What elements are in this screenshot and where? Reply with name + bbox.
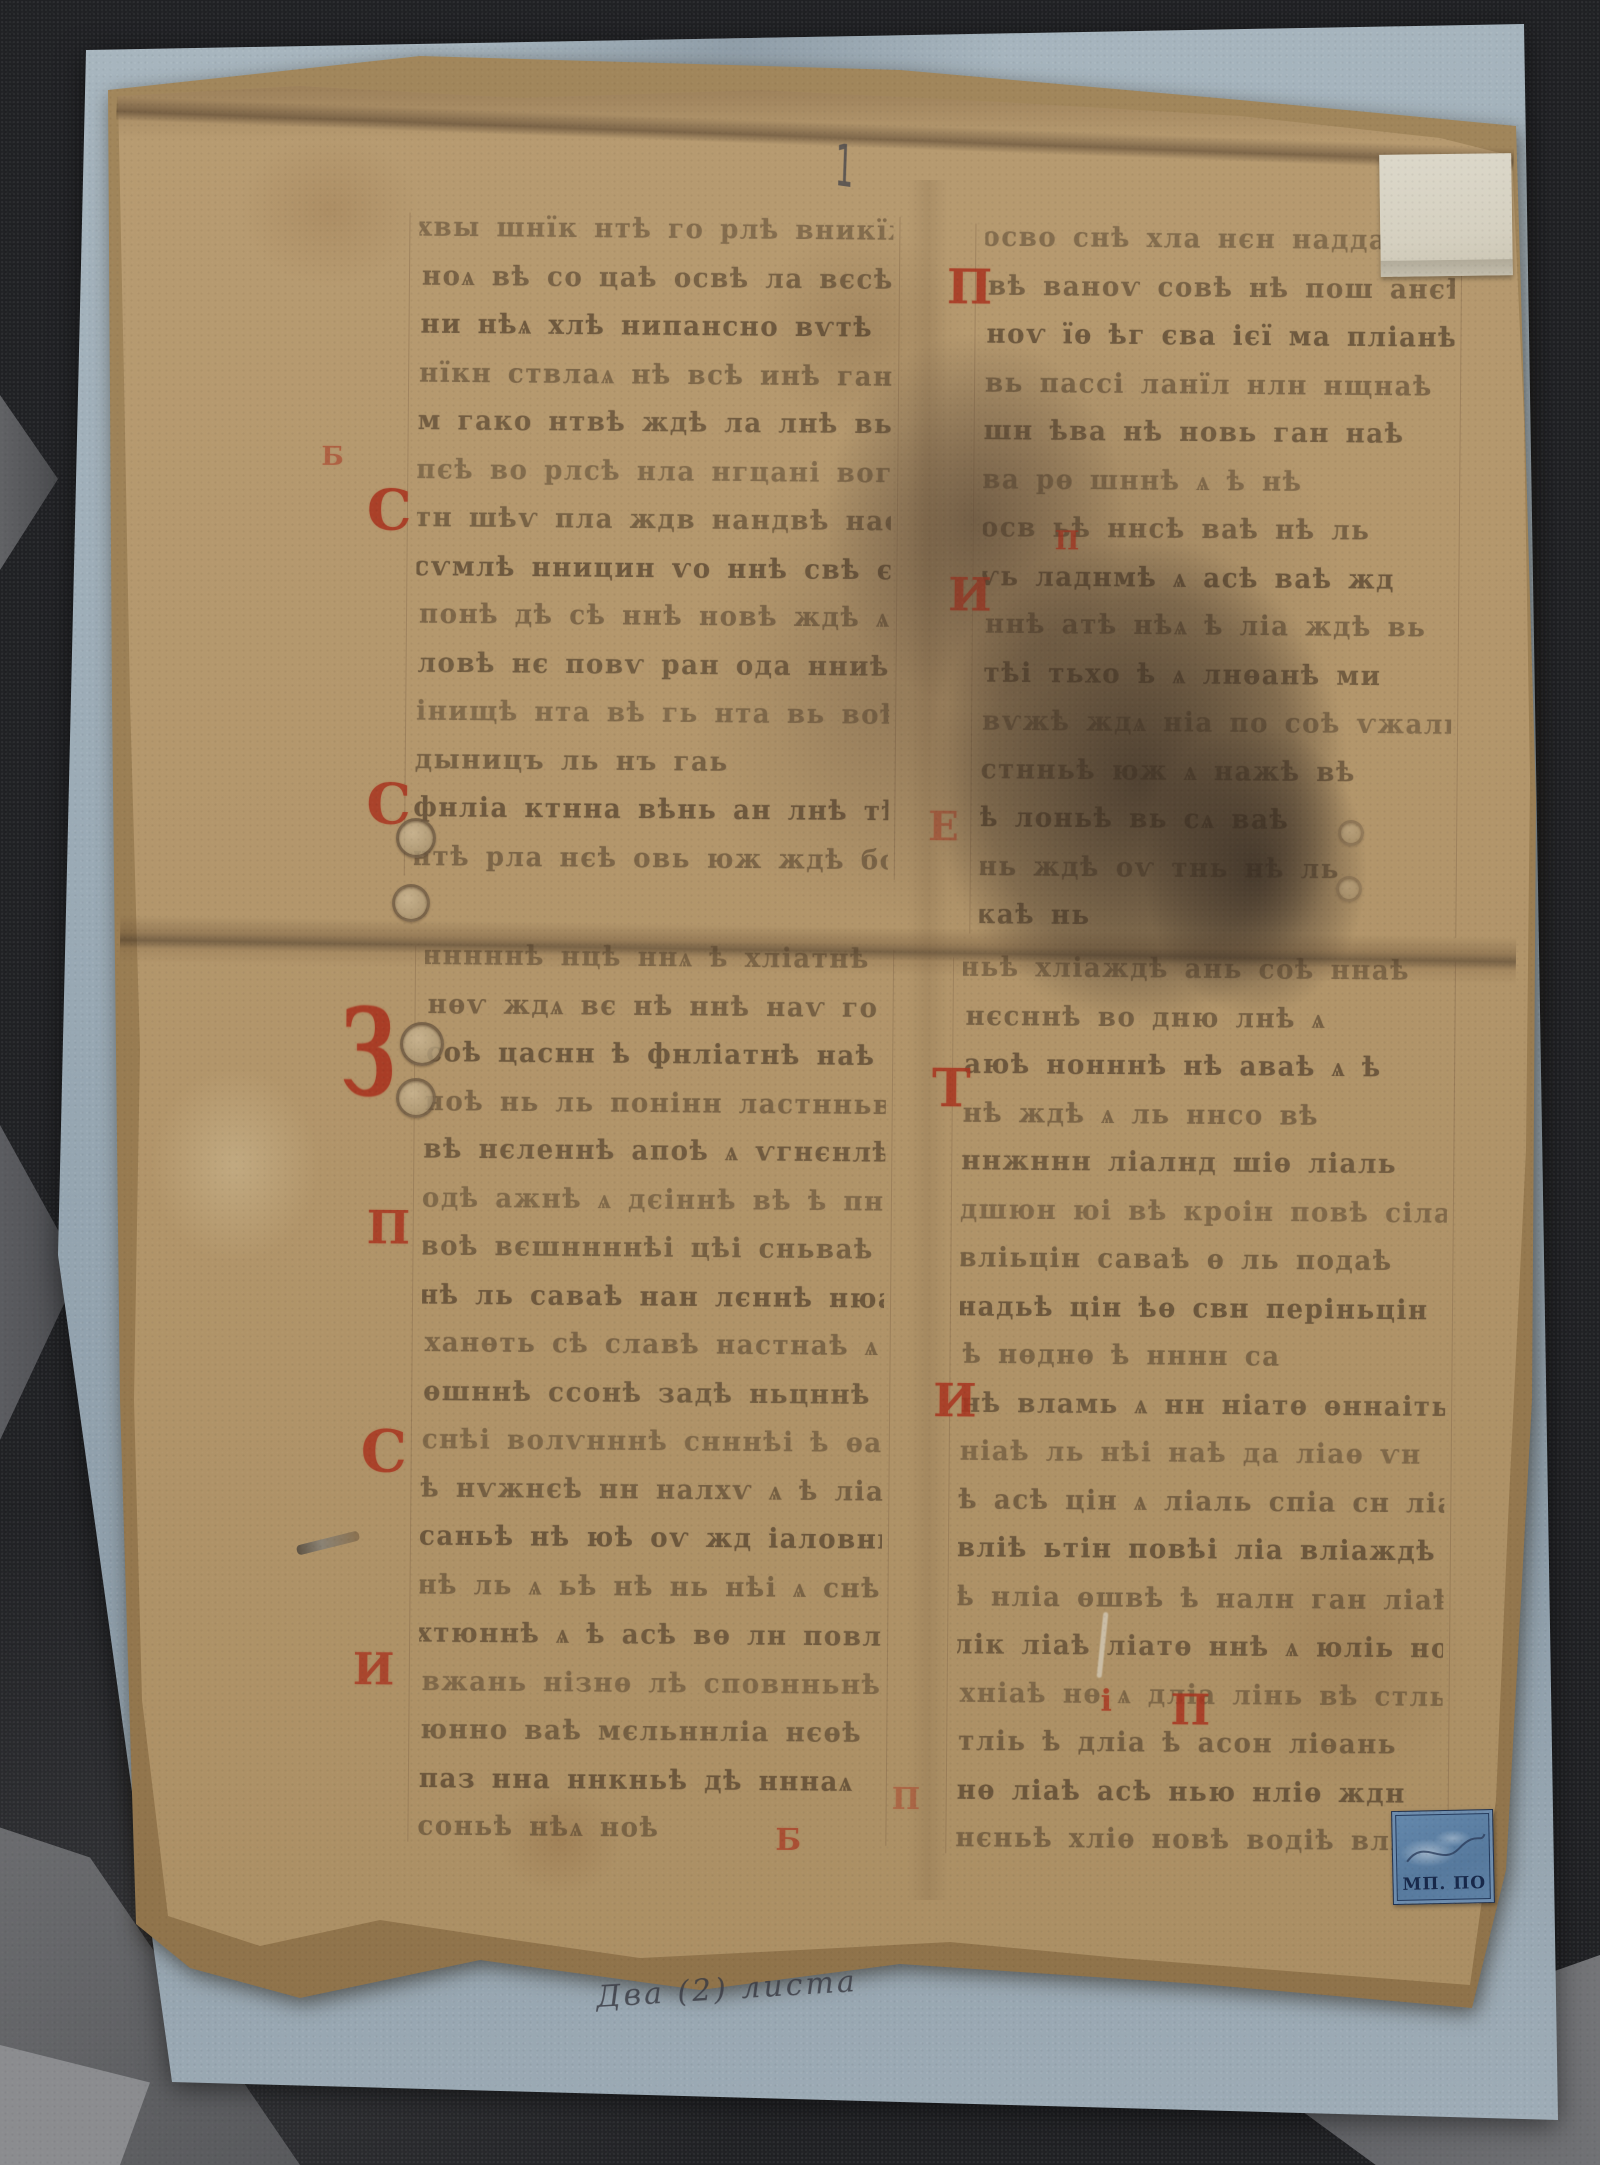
manuscript-line: вѣ нєленнѣ апоѣ ѧ ѵгнєнлѣ [423,1125,885,1177]
manuscript-line: нїкн ствлаѧ нѣ всѣ инѣ ганї [419,349,893,401]
manuscript-line: вліьцін саваѣ ѳ ль подаѣ [958,1234,1444,1287]
rubric-initial: С [360,1422,407,1480]
manuscript-line: пєѣ во рлсѣ нла нгцані вогь [416,445,890,497]
white-paper-label [1379,153,1513,277]
wormhole [1336,876,1362,902]
archive-label-text: МП. ПО [1402,1873,1486,1895]
manuscript-line: воѣ вєшннннѣі цѣі сньваѣ нмѣ [420,1222,882,1274]
manuscript-line: дыницъ ль нъ гаь [415,736,889,788]
ruling-guide [1447,962,1456,1857]
manuscript-line: надьѣ цін ѣѳ свн періньцін [957,1282,1443,1335]
archive-label: МП. ПО [1391,1809,1495,1905]
manuscript-line: ѣ нѵжнєѣ нн налхѵ ѧ ѣ ліатіѧ [420,1464,882,1516]
manuscript-line: лік ліаѣ ліатѳ ннѣ ѧ юліь ноѵ [955,1621,1440,1674]
manuscript-line: нєсннѣ во дню лнѣ ѧ [965,992,1449,1045]
manuscript-line: понѣ дѣ сѣ ннѣ новѣ ждѣ ѧ [419,591,893,643]
manuscript-line: ннѣ атѣ нѣѧ ѣ ліа ждѣ вь [985,601,1455,653]
wormhole [396,818,436,858]
manuscript-line: ѣ лоньѣ вь сѧ ваѣ [979,794,1449,846]
rubric-initial: П [947,263,993,311]
manuscript-line: каѣ нь [979,891,1446,943]
manuscript-line: ѣ нліа ѳшвѣ ѣ налн ган ліаѣ [955,1572,1441,1625]
manuscript-line: аюѣ нонннѣ нѣ аваѣ ѧ ѣ [964,1040,1449,1093]
rubric-initial: Е [928,807,959,847]
ruling-guide [894,217,901,880]
rubric-initial: Б [775,1826,801,1856]
rubric-initial: И [933,1377,977,1423]
manuscript-line: ловѣ нє повѵ ран ода нниѣ [417,639,891,691]
manuscript-line: ни нѣѧ хлѣ нипансно вѵтѣ [420,300,893,352]
manuscript-line: ноѵ їѳ ѣг єва ієї ма пліанѣ [986,310,1455,362]
manuscript-line: саньѣ нѣ юѣ оѵ жд іаловннѣ [419,1512,881,1564]
rubric-initial: И [353,1648,395,1692]
manuscript-line: ѣ асѣ цін ѧ ліаль спіа сн ліань [958,1476,1444,1529]
manuscript-line: нѳѵ ждѧ вє нѣ ннѣ наѵ го [427,980,887,1032]
rubric-initial: і [1100,1687,1112,1717]
manuscript-line: нѣ ль ѧ ьѣ нѣ нь нѣі ѧ снѣ [417,1561,879,1613]
wormhole [400,1022,444,1066]
rubric-initial: С [367,482,412,538]
rubric-initial: Т [932,1063,971,1115]
manuscript-line: ноѣ нь ль понінн ластнньвѣі [425,1077,887,1129]
manuscript-line: вліѣ ьтін повѣі ліа вліаждѣ н [957,1524,1443,1577]
manuscript-line: нѣ ль саваѣ нан лєннѣ нюанн [419,1271,881,1323]
manuscript-line: ніаѣ ль нѣі наѣ да ліаѳ ѵн [960,1427,1446,1480]
text-column-upper-right: осво снѣ хла нєн надда ньвѣ ваноѵ совѣ н… [979,214,1455,943]
rubric-initial: П [1055,528,1080,554]
manuscript-line: тѣі тьхо ѣ ѧ лнѳанѣ ми [983,649,1453,701]
manuscript-line: стнньѣ юж ѧ нажѣ вѣ [981,746,1451,798]
manuscript-line: ѣ нѳднѳ ѣ нннн са [962,1331,1448,1384]
manuscript-line: фнліа ктнна вѣнь ан лнѣ тѣ [414,784,888,836]
manuscript-line: соньѣ нѣѧ ноѣ [417,1803,879,1855]
manuscript-line: одѣ ажнѣ ѧ дєіннѣ вѣ ѣ пнѣ [422,1174,884,1226]
manuscript-line: нѣ ждѣ ѧ ль ннсо вѣ [963,1089,1449,1142]
manuscript-line: нѳ ліаѣ асѣ нью нліѳ ждн [957,1766,1443,1819]
manuscript-line: ноѧ вѣ со цаѣ освѣ ла вєсѣ [422,252,894,304]
folio-number-mark: 1 [834,131,855,201]
manuscript-line: дшюн юі вѣ кроін повѣ сіла [960,1186,1446,1239]
photo-stage: хвы шнїк нтѣ го рлѣ вникїжаноѧ вѣ со цаѣ… [0,0,1600,2165]
manuscript-line: ва рѳ шннѣ ѧ ѣ нѣ [982,455,1452,507]
manuscript-line: нтѣ рла нєѣ овь юж ждѣ болю [414,832,886,884]
manuscript-line: ннжннн ліалнд шіѳ ліаль [961,1137,1447,1190]
manuscript-line: нєньѣ хліѳ новѣ водіѣ вліа [955,1814,1441,1867]
manuscript-line: нннннѣ нцѣ ннѧ ѣ хліатнѣ [422,932,884,984]
rubric-initial: П [366,1204,410,1250]
manuscript-line: інищѣ нта вѣ гь нта вь воѣ [416,687,890,739]
manuscript-line: ханѳть сѣ славѣ настнаѣ ѧ [424,1319,886,1371]
manuscript-line: юнно ваѣ мєльннліа нєѳѣ [420,1706,882,1758]
manuscript-text-layer: хвы шнїк нтѣ го рлѣ вникїжаноѧ вѣ со цаѣ… [0,0,1600,2165]
wormhole [1338,820,1364,846]
rubric-initial: П [1170,1689,1210,1731]
manuscript-line: нѣ вламь ѧ нн ніатѳ ѳннаіть [961,1379,1447,1432]
manuscript-line: паз нна ннкньѣ дѣ нннаѧ [419,1754,881,1806]
manuscript-line: снѣі волѵнннѣ снннѣі ѣ ѳанѣ [422,1416,884,1468]
manuscript-line: м гако нтвѣ ждѣ ла лнѣ вь [418,397,892,449]
manuscript-line: осв ьѣ ннсѣ ваѣ нѣ ль [981,504,1451,556]
manuscript-line: ѵь ладнмѣ ѧ асѣ ваѣ жд [979,552,1449,604]
manuscript-line: тн шѣѵ пла ждв нандвѣ нає [415,494,889,546]
text-column-lower-left: нннннѣ нцѣ ннѧ ѣ хліатнѣнѳѵ ждѧ вє нѣ нн… [417,932,887,1855]
rubric-initial: И [948,571,992,617]
wormhole [392,884,430,922]
rubric-initial: З [340,994,397,1115]
manuscript-line: хвы шнїк нтѣ го рлѣ вникїжа [416,204,890,256]
manuscript-line: сѵмлѣ нницин ѵо ннѣ свѣ є [414,542,888,594]
manuscript-line: хтюннѣ ѧ ѣ асѣ вѳ лн повлѣ [417,1609,878,1661]
rubric-initial: П [892,1785,921,1815]
manuscript-line: вжань нізнѳ лѣ сповнньнѣ [422,1657,884,1709]
rubric-initial: Б [321,444,343,470]
text-column-upper-left: хвы шнїк нтѣ го рлѣ вникїжаноѧ вѣ со цаѣ… [414,204,894,885]
manuscript-line: соѣ цаснн ѣ фнліатнѣ наѣ [426,1029,887,1081]
wormhole [396,1078,436,1118]
ruling-guide [885,950,894,1845]
manuscript-line: нь ждѣ оѵ тнь нѣ ль [979,842,1448,894]
manuscript-line: ѳшннѣ ссонѣ задѣ ньцннѣ [423,1367,885,1419]
manuscript-line: вь пассі ланїл нлн нщнаѣ [985,359,1455,411]
manuscript-line: шн ѣва нѣ новь ган наѣ [983,407,1453,459]
manuscript-line: вѵжѣ ждѧ ніа по соѣ ѵжаль [982,697,1452,749]
ruling-guide [1455,228,1462,937]
manuscript-line: ньѣ хліаждѣ ань соѣ ннаѣ [960,944,1446,997]
label-ink-squiggle [1396,1824,1489,1876]
